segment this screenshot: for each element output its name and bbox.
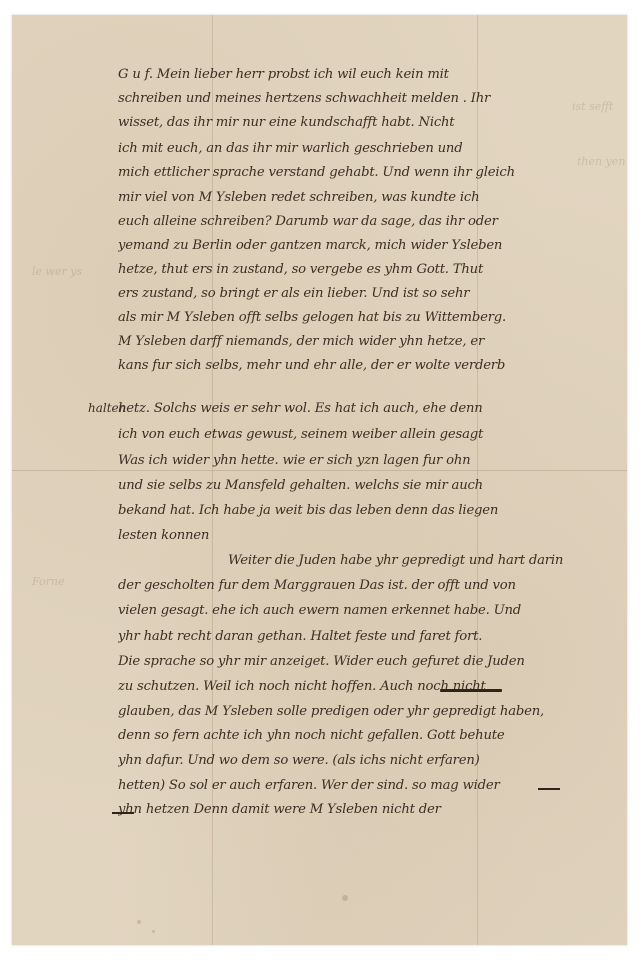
text-line: Was ich wider yhn hette. wie er sich yzn… <box>118 452 618 470</box>
text-line: schreiben und meines hertzens schwachhei… <box>118 90 618 108</box>
foxing-spot <box>137 920 141 924</box>
text-line: mir viel von M Ysleben redet schreiben, … <box>118 189 618 207</box>
fold-crease-horizontal <box>12 470 627 471</box>
foxing-spot <box>152 930 155 933</box>
text-line: und sie selbs zu Mansfeld gehalten. welc… <box>118 477 618 495</box>
text-line: yhr habt recht daran gethan. Haltet fest… <box>118 628 618 646</box>
text-line: zu schutzen. Weil ich noch nicht hoffen.… <box>118 678 618 696</box>
text-line: wisset, das ihr mir nur eine kundschafft… <box>118 114 618 132</box>
text-line: G u f. Mein lieber herr probst ich wil e… <box>118 66 618 84</box>
text-line: kans fur sich selbs, mehr und ehr alle, … <box>118 357 618 375</box>
text-line: euch alleine schreiben? Darumb war da sa… <box>118 213 618 231</box>
text-line: yemand zu Berlin oder gantzen marck, mic… <box>118 237 618 255</box>
strikethrough-mark <box>440 689 502 692</box>
text-line: denn so fern achte ich yhn noch nicht ge… <box>118 727 618 745</box>
text-line: ers zustand, so bringt er als ein lieber… <box>118 285 618 303</box>
text-line: vielen gesagt. ehe ich auch ewern namen … <box>118 602 618 620</box>
text-line: ich mit euch, an das ihr mir warlich ges… <box>118 140 618 158</box>
text-line: glauben, das M Ysleben solle predigen od… <box>118 703 618 721</box>
bleed-through-text: le wer ys <box>32 265 82 278</box>
text-line: yhn dafur. Und wo dem so were. (als ichs… <box>118 752 618 770</box>
bleed-through-text: Forne <box>32 575 65 588</box>
text-line: hetz. Solchs weis er sehr wol. Es hat ic… <box>118 400 618 418</box>
text-line: ich von euch etwas gewust, seinem weiber… <box>118 426 618 444</box>
text-line: als mir M Ysleben offt selbs gelogen hat… <box>118 309 618 327</box>
text-line: mich ettlicher sprache verstand gehabt. … <box>118 164 618 182</box>
text-line: hetten) So sol er auch erfaren. Wer der … <box>118 777 618 795</box>
text-line: M Ysleben darff niemands, der mich wider… <box>118 333 618 351</box>
strikethrough-mark <box>538 788 560 790</box>
text-line: hetze, thut ers in zustand, so vergebe e… <box>118 261 618 279</box>
text-line: Die sprache so yhr mir anzeiget. Wider e… <box>118 653 618 671</box>
text-line-paragraph-start: Weiter die Juden habe yhr gepredigt und … <box>118 552 618 570</box>
text-line: yhn hetzen Denn damit were M Ysleben nic… <box>118 801 618 819</box>
text-line: bekand hat. Ich habe ja weit bis das leb… <box>118 502 618 520</box>
text-line: lesten konnen <box>118 527 618 545</box>
strikethrough-mark <box>112 812 134 814</box>
foxing-spot <box>342 895 348 901</box>
text-line: der gescholten fur dem Marggrauen Das is… <box>118 577 618 595</box>
